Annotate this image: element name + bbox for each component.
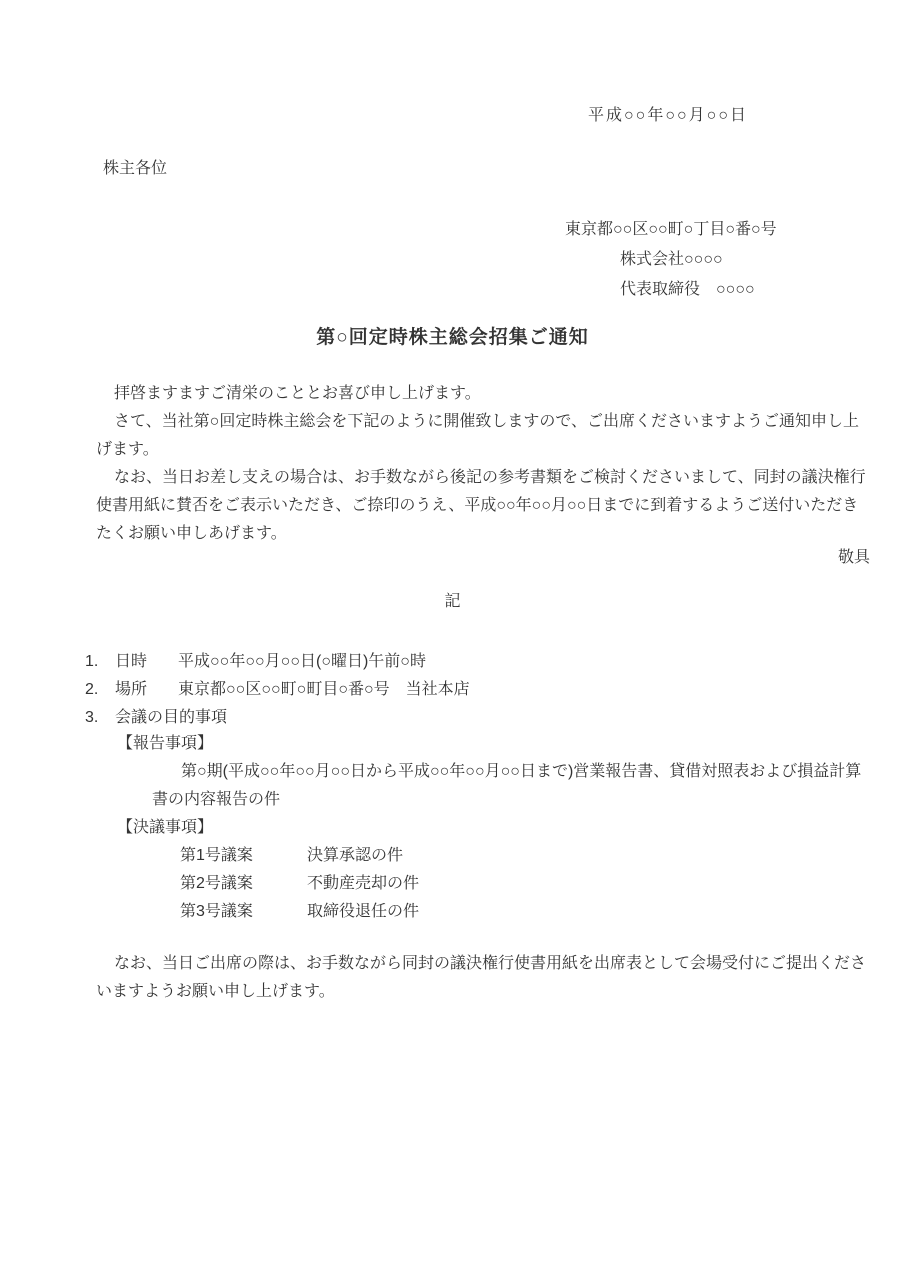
sender-block: 東京都○○区○○町○丁目○番○号 株式会社○○○○ 代表取締役 ○○○○ xyxy=(565,215,777,305)
resolution-item-1: 第1号議案決算承認の件 xyxy=(180,842,419,870)
list-item-datetime: 1.日時平成○○年○○月○○日(○曜日)午前○時 xyxy=(85,648,470,676)
resolution-label: 第3号議案 xyxy=(180,898,307,926)
list-item-purpose: 3.会議の目的事項 xyxy=(85,704,470,732)
document-title: 第○回定時株主総会招集ご通知 xyxy=(0,324,905,352)
letter-body: 拝啓ますますご清栄のこととお喜び申し上げます。 さて、当社第○回定時株主総会を下… xyxy=(96,380,872,548)
item-number: 2. xyxy=(85,676,115,704)
attendance-note: なお、当日ご出席の際は、お手数ながら同封の議決権行使書用紙を出席表として会場受付… xyxy=(96,950,872,1006)
list-item-place: 2.場所東京都○○区○○町○町目○番○号 当社本店 xyxy=(85,676,470,704)
resolution-item-3: 第3号議案取締役退任の件 xyxy=(180,898,419,926)
document-date: 平成○○年○○月○○日 xyxy=(588,104,748,128)
item-label: 日時 xyxy=(115,648,178,676)
addressee: 株主各位 xyxy=(103,157,167,181)
greeting-paragraph: 拝啓ますますご清栄のこととお喜び申し上げます。 xyxy=(96,380,872,408)
item-label: 会議の目的事項 xyxy=(115,709,227,726)
sender-representative: 代表取締役 ○○○○ xyxy=(565,275,777,305)
item-label: 場所 xyxy=(115,676,178,704)
resolution-list: 第1号議案決算承認の件 第2号議案不動産売却の件 第3号議案取締役退任の件 xyxy=(180,842,419,926)
sender-address: 東京都○○区○○町○丁目○番○号 xyxy=(565,215,777,245)
resolution-section-heading: 【決議事項】 xyxy=(117,814,213,842)
document-page: 平成○○年○○月○○日 株主各位 東京都○○区○○町○丁目○番○号 株式会社○○… xyxy=(0,0,905,1280)
resolution-title: 不動産売却の件 xyxy=(307,875,419,892)
resolution-title: 決算承認の件 xyxy=(307,847,403,864)
attendance-note-paragraph: なお、当日ご出席の際は、お手数ながら同封の議決権行使書用紙を出席表として会場受付… xyxy=(96,950,872,1006)
report-section-heading: 【報告事項】 xyxy=(117,730,213,758)
resolution-label: 第2号議案 xyxy=(180,870,307,898)
item-value: 平成○○年○○月○○日(○曜日)午前○時 xyxy=(178,653,426,670)
report-section-body: 第○期(平成○○年○○月○○日から平成○○年○○月○○日まで)営業報告書、貸借対… xyxy=(152,758,862,814)
voting-instructions-paragraph: なお、当日お差し支えの場合は、お手数ながら後記の参考書類をご検討くださいまして、… xyxy=(96,464,872,548)
item-value: 東京都○○区○○町○町目○番○号 当社本店 xyxy=(178,681,470,698)
closing-word: 敬具 xyxy=(0,544,870,572)
resolution-title: 取締役退任の件 xyxy=(307,903,419,920)
resolution-item-2: 第2号議案不動産売却の件 xyxy=(180,870,419,898)
resolution-label: 第1号議案 xyxy=(180,842,307,870)
sender-company: 株式会社○○○○ xyxy=(565,245,777,275)
record-marker: 記 xyxy=(0,588,905,616)
item-number: 3. xyxy=(85,704,115,732)
announcement-paragraph: さて、当社第○回定時株主総会を下記のように開催致しますので、ご出席くださいますよ… xyxy=(96,408,872,464)
meeting-details-list: 1.日時平成○○年○○月○○日(○曜日)午前○時 2.場所東京都○○区○○町○町… xyxy=(85,648,470,732)
item-number: 1. xyxy=(85,648,115,676)
